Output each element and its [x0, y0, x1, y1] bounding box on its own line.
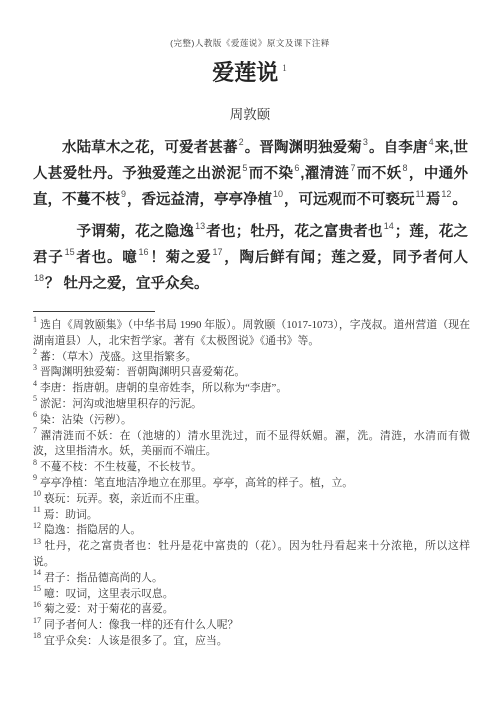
footnote-number: 14	[33, 568, 41, 577]
footnote-ref: 8	[403, 163, 408, 173]
footnote-ref: 7	[350, 163, 355, 173]
body-paragraph: 予谓菊，花之隐逸13者也；牡丹，花之富贵者也14；莲，花之君子15者也。噫16！…	[33, 219, 468, 297]
footnote-ref: 14	[384, 221, 394, 231]
title-footnote-ref: 1	[282, 63, 287, 73]
footnote-item: 16菊之爱：对于菊花的喜爱。	[33, 602, 470, 618]
footnote-number: 12	[33, 521, 41, 530]
footnote-item: 8不蔓不枝：不生枝蔓，不长枝节。	[33, 460, 470, 476]
footnote-item: 13牡丹，花之富贵者也：牡丹是花中富贵的（花）。因为牡丹看起来十分浓艳，所以这样…	[33, 539, 470, 571]
footnote-ref: 18	[34, 273, 44, 283]
footnote-number: 1	[33, 315, 37, 324]
footnote-ref: 9	[121, 189, 126, 199]
footnote-number: 15	[33, 584, 41, 593]
footnote-number: 18	[33, 631, 41, 640]
footnote-item: 6染：沾染（污秽）。	[33, 413, 470, 429]
footnote-number: 5	[33, 394, 37, 403]
footnote-item: 18宜乎众矣：人该是很多了。宜，应当。	[33, 634, 470, 650]
footnote-number: 2	[33, 347, 37, 356]
footnote-ref: 16	[139, 247, 149, 257]
footnote-number: 16	[33, 600, 41, 609]
footnote-item: 2蕃：（草木）茂盛。这里指繁多。	[33, 350, 470, 366]
footnote-item: 17同予者何人：像我一样的还有什么人呢？	[33, 618, 470, 634]
footnote-ref: 3	[363, 137, 368, 147]
footnote-ref: 12	[441, 189, 451, 199]
footnote-ref: 2	[239, 137, 244, 147]
body-paragraph: 水陆草木之花，可爱者甚蕃2。晋陶渊明独爱菊3。自李唐4来,世人甚爱牡丹。予独爱莲…	[33, 135, 468, 213]
footnote-item: 5淤泥：河沟或池塘里积存的污泥。	[33, 397, 470, 413]
footnote-number: 9	[33, 473, 37, 482]
footnote-ref: 5	[242, 163, 247, 173]
footnote-ref: 17	[212, 247, 222, 257]
footnote-ref: 10	[273, 189, 283, 199]
footnotes-list: 1选自《周敦颐集》（中华书局 1990 年版）。周敦颐（1017-1073），字…	[33, 318, 470, 650]
footnote-separator-rule	[33, 311, 155, 312]
body-text: 水陆草木之花，可爱者甚蕃2。晋陶渊明独爱菊3。自李唐4来,世人甚爱牡丹。予独爱莲…	[33, 135, 468, 297]
footnote-item: 15噫：叹词，这里表示叹息。	[33, 587, 470, 603]
footnote-ref: 4	[429, 137, 434, 147]
footnote-number: 4	[33, 379, 37, 388]
title-text: 爱莲说	[212, 60, 278, 85]
footnote-item: 14君子：指品德高尚的人。	[33, 571, 470, 587]
footnote-number: 6	[33, 410, 37, 419]
footnote-item: 1选自《周敦颐集》（中华书局 1990 年版）。周敦颐（1017-1073），字…	[33, 318, 470, 350]
footnote-item: 11焉：助词。	[33, 508, 470, 524]
footnote-ref: 6	[294, 163, 299, 173]
footnote-item: 4李唐：指唐朝。唐朝的皇帝姓李，所以称为“李唐”。	[33, 381, 470, 397]
footnote-number: 8	[33, 458, 37, 467]
footnote-number: 10	[33, 489, 41, 498]
footnote-number: 17	[33, 616, 41, 625]
footnote-item: 9亭亭净植：笔直地洁净地立在那里。亭亭，高耸的样子。植，立。	[33, 476, 470, 492]
document-header-text: (完整)人教版《爱莲说》原文及课下注释	[0, 0, 500, 49]
footnote-number: 3	[33, 363, 37, 372]
footnote-ref: 11	[416, 189, 425, 199]
author-name: 周敦颐	[0, 103, 500, 123]
footnote-item: 12隐逸：指隐居的人。	[33, 523, 470, 539]
footnote-number: 11	[33, 505, 41, 514]
footnote-item: 7濯清涟而不妖：在（池塘的）清水里洗过，而不显得妖媚。濯，洗。清涟，水清而有微波…	[33, 429, 470, 461]
page-title: 爱莲说1	[0, 56, 500, 87]
footnote-item: 3晋陶渊明独爱菊：晋朝陶渊明只喜爱菊花。	[33, 365, 470, 381]
footnote-number: 13	[33, 537, 41, 546]
footnote-ref: 13	[195, 221, 205, 231]
footnote-item: 10亵玩：玩弄。亵，亲近而不庄重。	[33, 492, 470, 508]
document-page: (完整)人教版《爱莲说》原文及课下注释 爱莲说1 周敦颐 水陆草木之花，可爱者甚…	[0, 0, 500, 708]
footnote-ref: 15	[65, 247, 75, 257]
footnote-number: 7	[33, 426, 37, 435]
